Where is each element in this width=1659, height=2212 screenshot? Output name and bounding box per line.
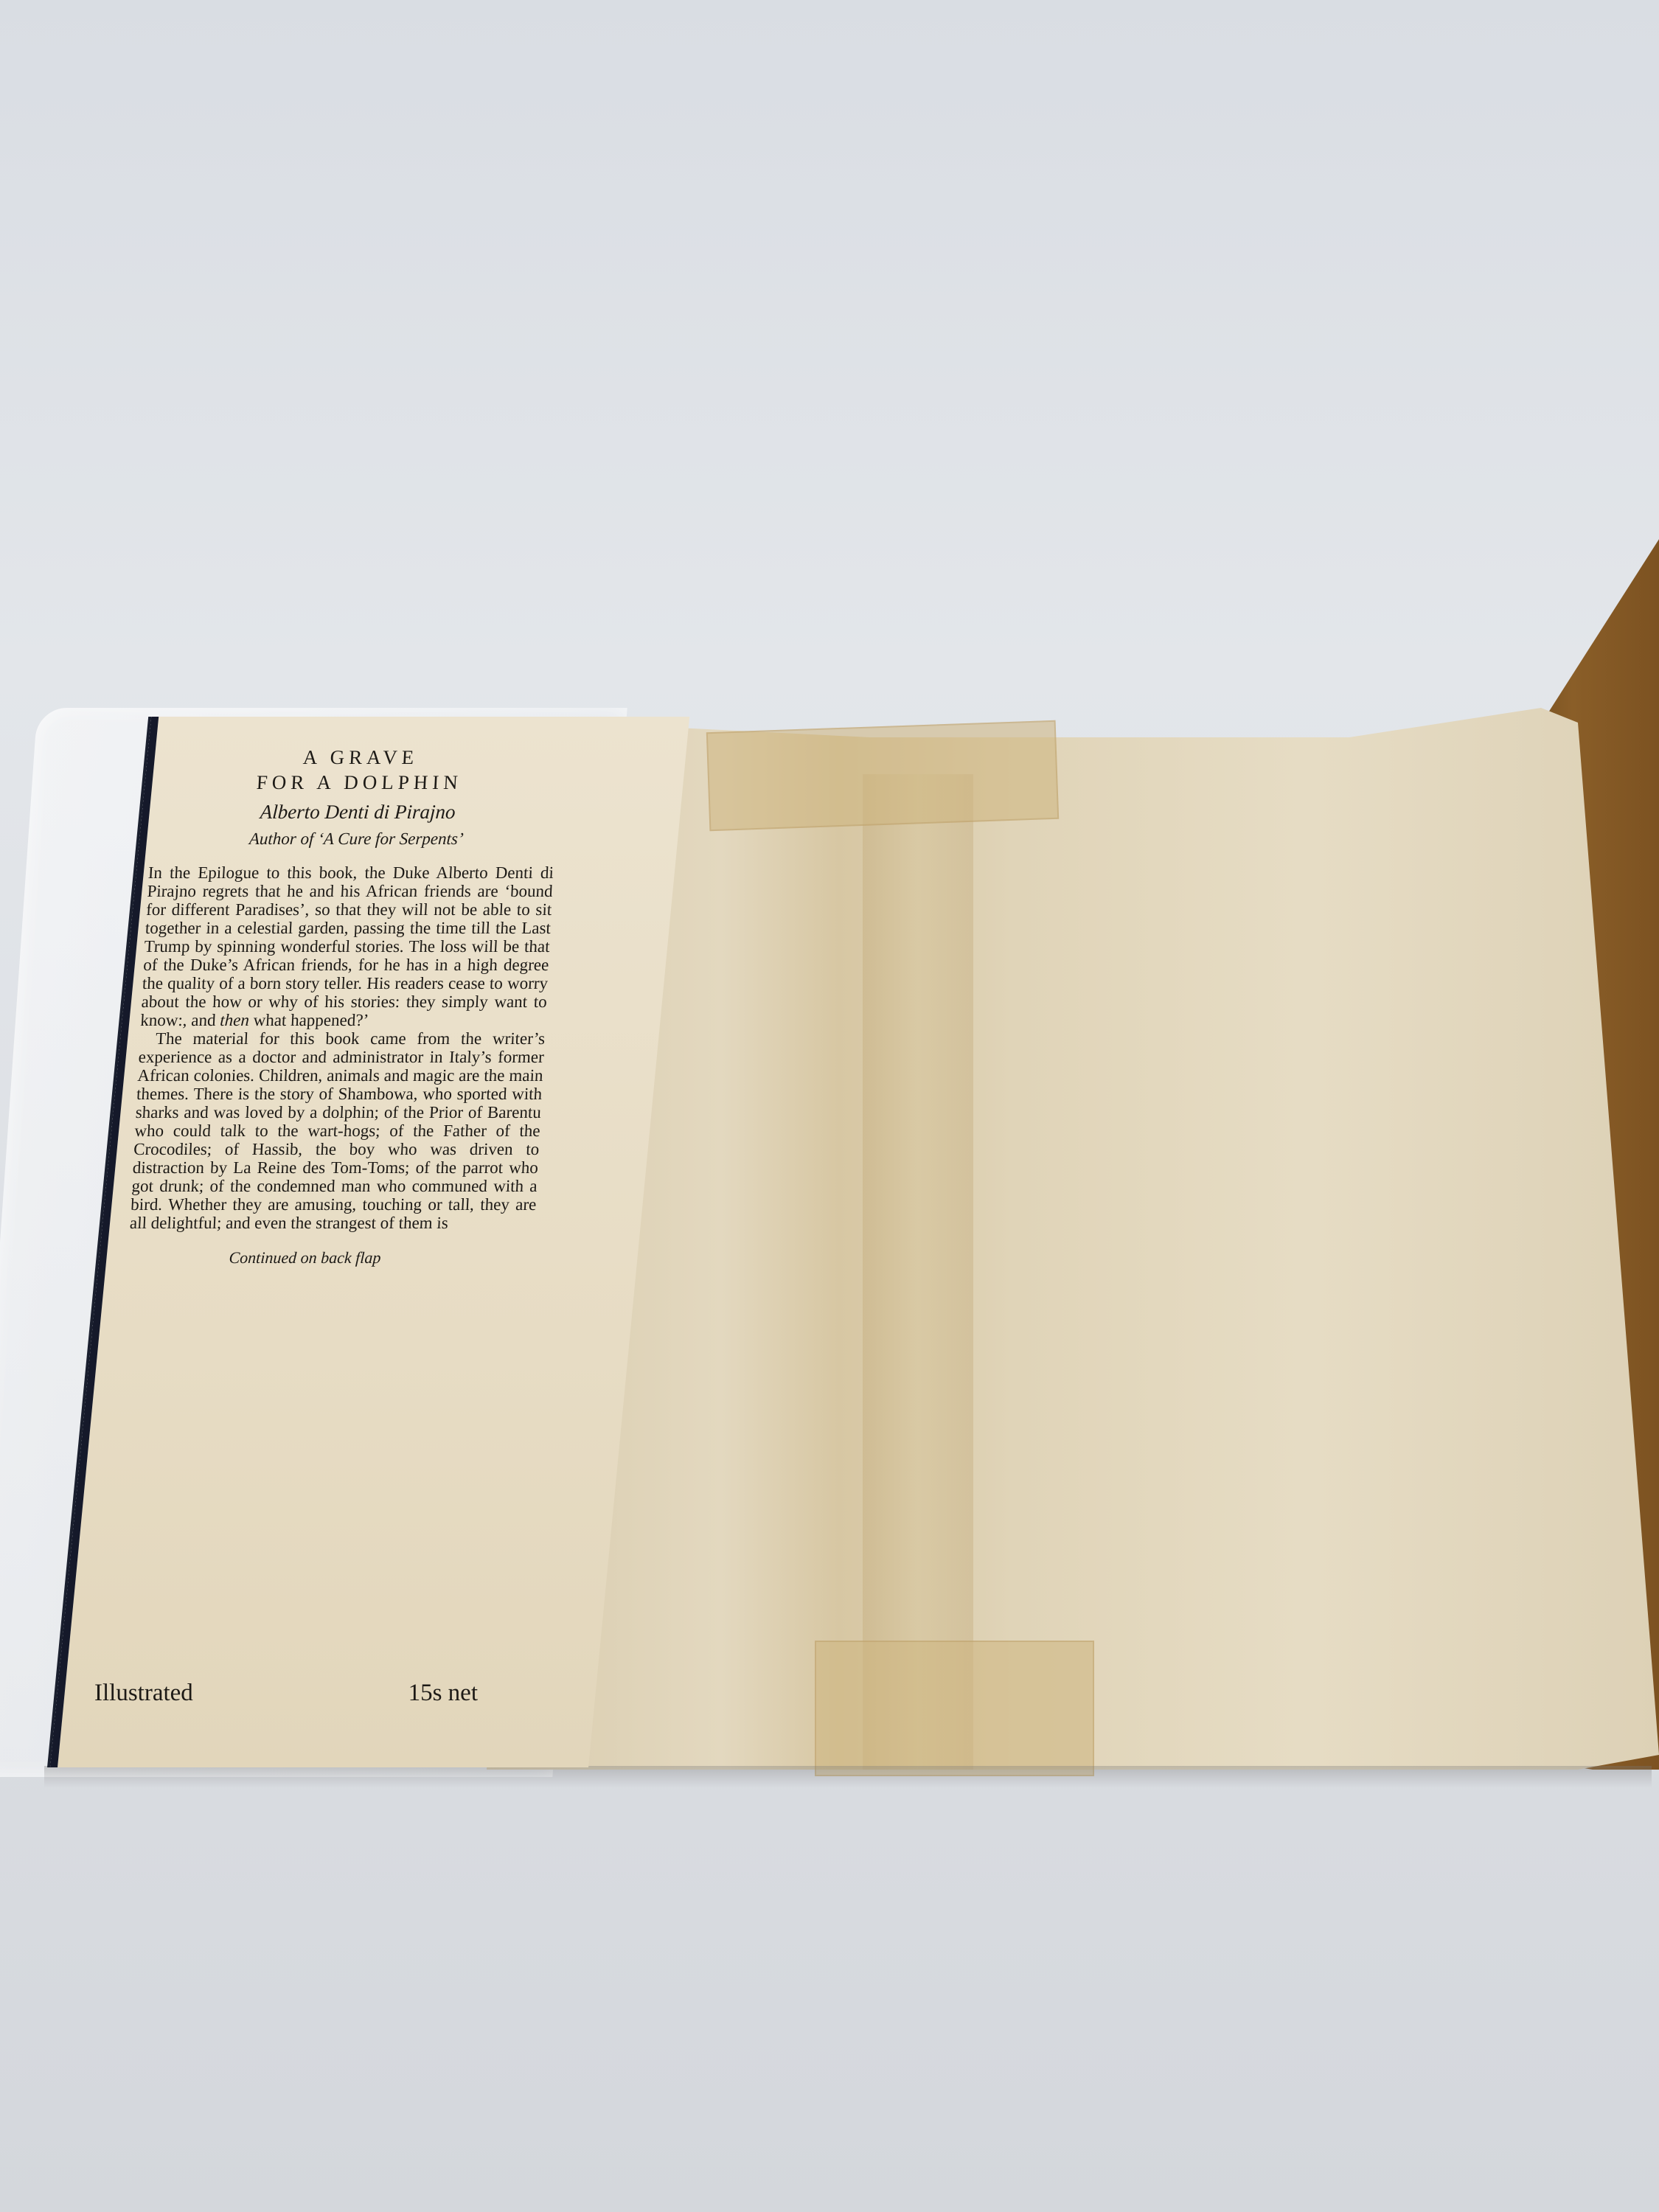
blurb-emphasis: then	[220, 1011, 250, 1029]
spine-area	[863, 774, 973, 1770]
blurb-paragraph-2: The material for this book came from the…	[129, 1029, 552, 1232]
photo-scene: A GRAVE FOR A DOLPHIN Alberto Denti di P…	[0, 0, 1659, 2212]
continued-note: Continued on back flap	[128, 1248, 541, 1267]
tape-top	[706, 720, 1059, 831]
illustrated-label: Illustrated	[94, 1680, 193, 1707]
book-title-line-2: FOR A DOLPHIN	[152, 770, 566, 795]
author-of-line: Author of ‘A Cure for Serpents’	[150, 829, 563, 849]
tape-bottom	[815, 1641, 1094, 1776]
author-name: Alberto Denti di Pirajno	[150, 801, 565, 824]
book-title-line-1: A GRAVE	[153, 745, 568, 770]
flap-text: A GRAVE FOR A DOLPHIN Alberto Denti di P…	[128, 745, 568, 1267]
blurb-paragraph-1: In the Epilogue to this book, the Duke A…	[140, 863, 562, 1029]
flap-footer: Illustrated 15s net	[94, 1680, 478, 1707]
price-label: 15s net	[408, 1680, 478, 1707]
blurb-text-b: what happened?’	[248, 1011, 369, 1029]
blurb-text-a: In the Epilogue to this book, the Duke A…	[140, 863, 554, 1029]
shadow	[44, 1766, 1652, 1788]
